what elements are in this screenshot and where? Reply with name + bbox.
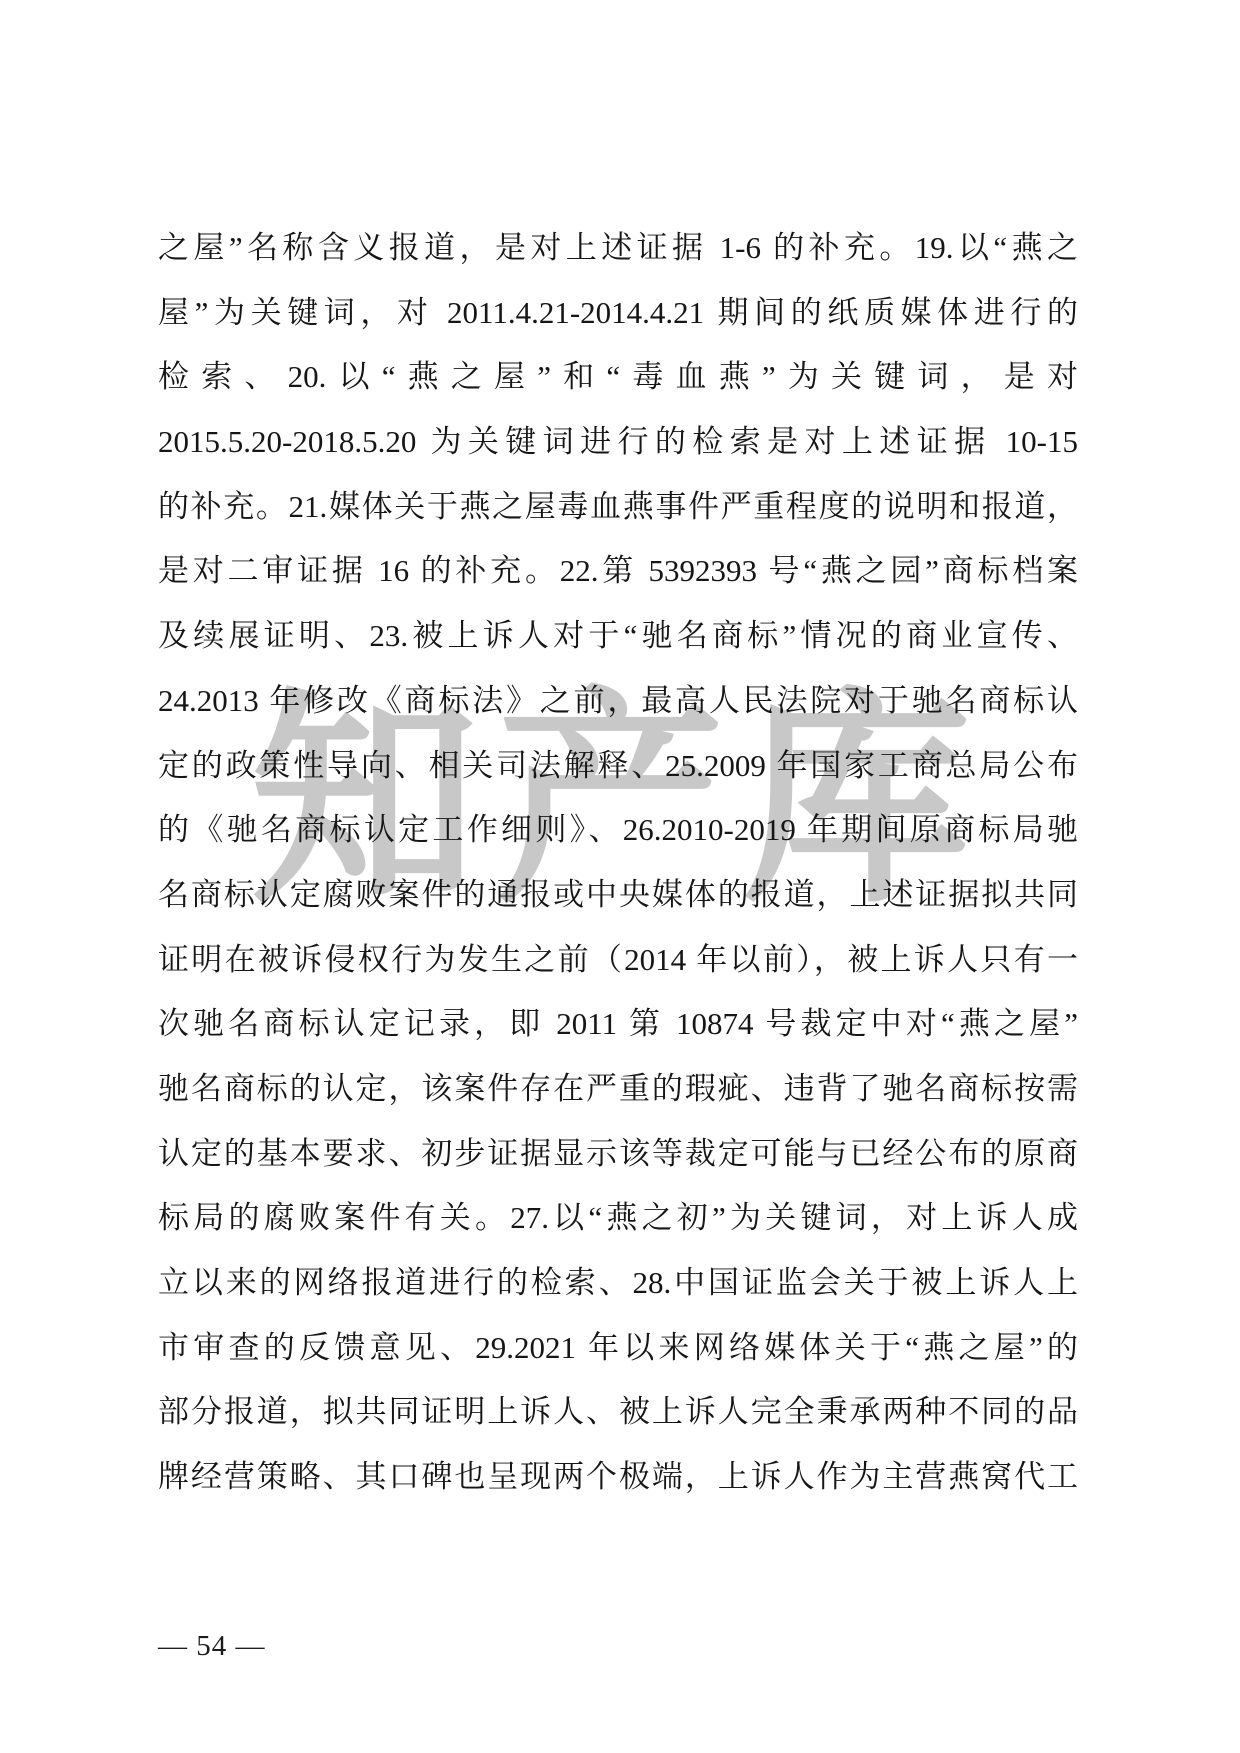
text-line: 的《驰名商标认定工作细则》、26.2010-2019 年期间原商标局驰: [158, 798, 1078, 863]
body-text-block: 之屋”名称含义报道，是对上述证据 1-6 的补充。19.以“燕之 屋”为关键词，…: [158, 216, 1078, 1510]
text-line: 证明在被诉侵权行为发生之前（2014 年以前），被上诉人只有一: [158, 928, 1078, 993]
text-line: 屋”为关键词，对 2011.4.21-2014.4.21 期间的纸质媒体进行的: [158, 281, 1078, 346]
text-line: 标局的腐败案件有关。27.以“燕之初”为关键词，对上诉人成: [158, 1186, 1078, 1251]
text-line: 市审查的反馈意见、29.2021 年以来网络媒体关于“燕之屋”的: [158, 1316, 1078, 1381]
text-line: 名商标认定腐败案件的通报或中央媒体的报道，上述证据拟共同: [158, 863, 1078, 928]
document-page: 知产库 之屋”名称含义报道，是对上述证据 1-6 的补充。19.以“燕之 屋”为…: [0, 0, 1240, 1753]
text-line: 检索、20.以“燕之屋”和“毒血燕”为关键词，是对: [158, 345, 1078, 410]
text-line: 部分报道，拟共同证明上诉人、被上诉人完全秉承两种不同的品: [158, 1380, 1078, 1445]
text-line: 及续展证明、23.被上诉人对于“驰名商标”情况的商业宣传、: [158, 604, 1078, 669]
text-line: 2015.5.20-2018.5.20 为关键词进行的检索是对上述证据 10-1…: [158, 410, 1078, 475]
page-number: — 54 —: [158, 1630, 266, 1663]
text-line: 立以来的网络报道进行的检索、28.中国证监会关于被上诉人上: [158, 1251, 1078, 1316]
text-line: 是对二审证据 16 的补充。22.第 5392393 号“燕之园”商标档案: [158, 539, 1078, 604]
text-line: 牌经营策略、其口碑也呈现两个极端，上诉人作为主营燕窝代工: [158, 1445, 1078, 1510]
text-line: 驰名商标的认定，该案件存在严重的瑕疵、违背了驰名商标按需: [158, 1057, 1078, 1122]
text-line: 24.2013 年修改《商标法》之前，最高人民法院对于驰名商标认: [158, 669, 1078, 734]
text-line: 认定的基本要求、初步证据显示该等裁定可能与已经公布的原商: [158, 1122, 1078, 1187]
text-line: 之屋”名称含义报道，是对上述证据 1-6 的补充。19.以“燕之: [158, 216, 1078, 281]
text-line: 的补充。21.媒体关于燕之屋毒血燕事件严重程度的说明和报道，: [158, 475, 1078, 540]
text-line: 定的政策性导向、相关司法解释、25.2009 年国家工商总局公布: [158, 734, 1078, 799]
text-line: 次驰名商标认定记录，即 2011 第 10874 号裁定中对“燕之屋”: [158, 992, 1078, 1057]
